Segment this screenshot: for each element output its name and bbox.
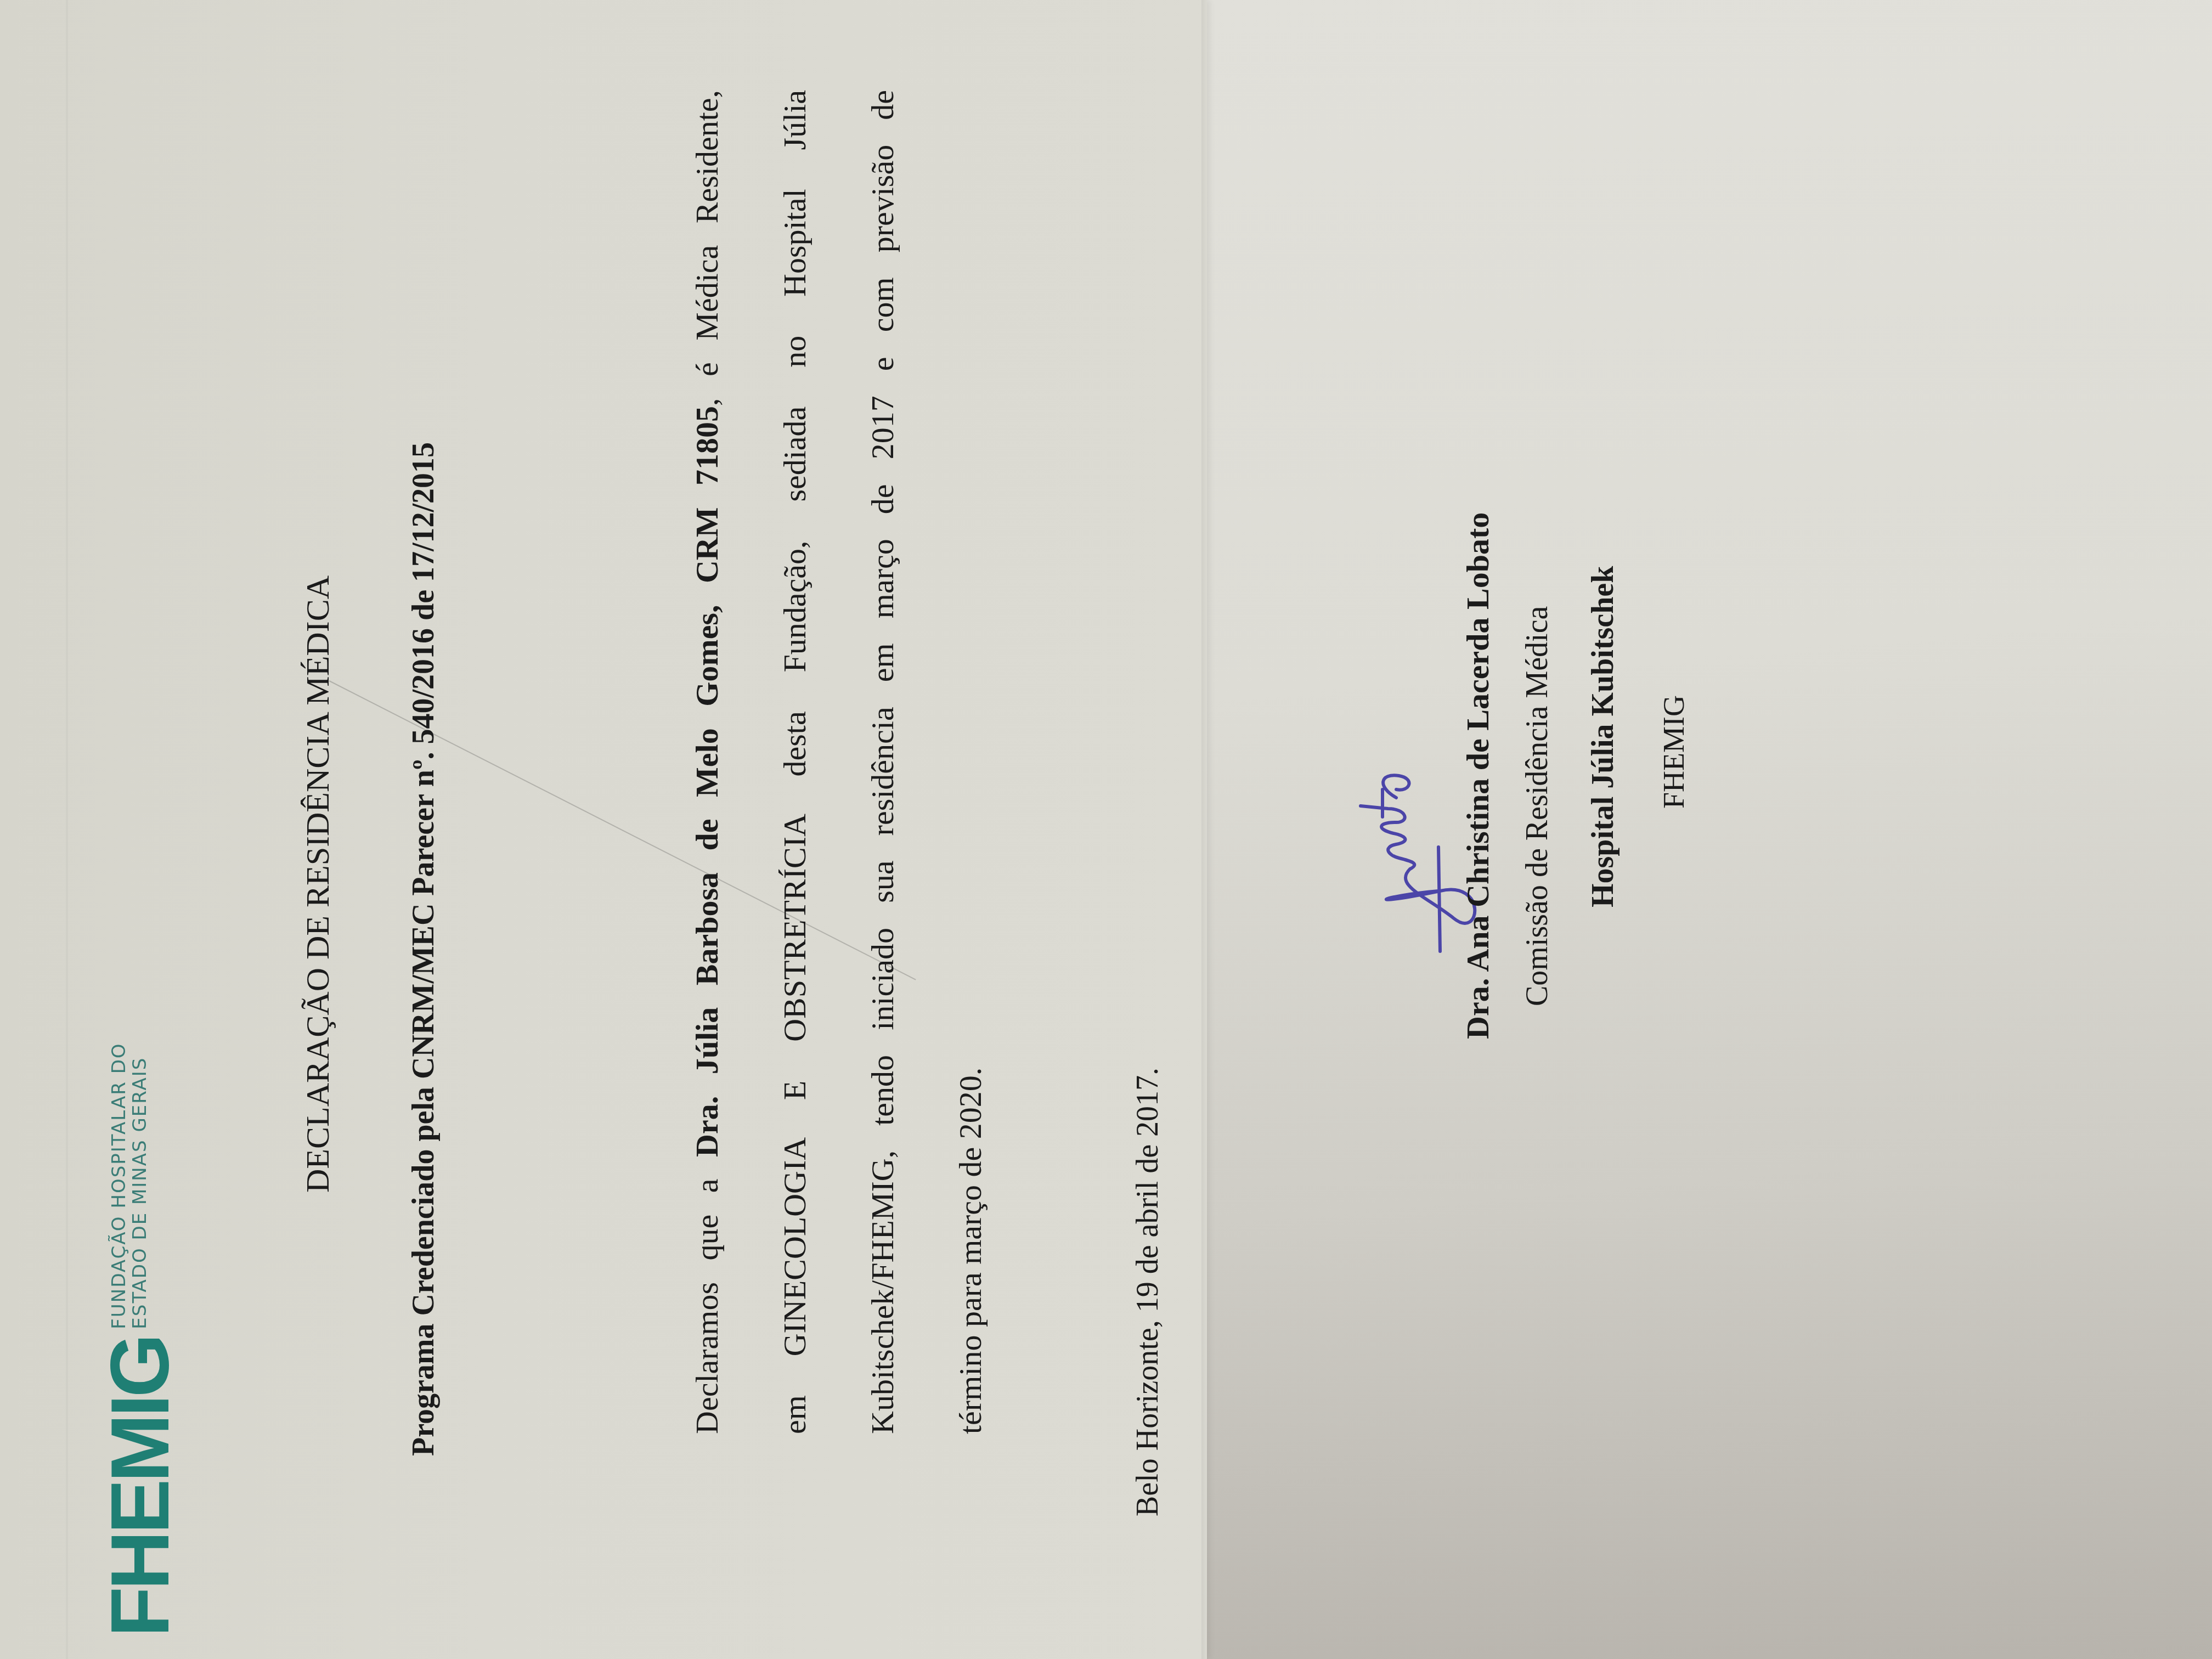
body-line-1: Declaramos que a Dra. Júlia Barbosa de M… xyxy=(689,90,725,1434)
body-line-3: Kubitschek/FHEMIG, tendo iniciado sua re… xyxy=(864,90,901,1434)
logo-subtitle: FUNDAÇÃO HOSPITALAR DO ESTADO DE MINAS G… xyxy=(109,1042,150,1329)
document-subtitle: Programa Credenciado pela CNRM/MEC Parec… xyxy=(406,442,441,1456)
place-date: Belo Horizonte, 19 de abril de 2017. xyxy=(1130,1068,1165,1516)
fhemig-logo: FHEMIG FUNDAÇÃO HOSPITALAR DO ESTADO DE … xyxy=(99,1042,181,1637)
signatory-name: Dra. Ana Christina de Lacerda Lobato xyxy=(1459,512,1496,1039)
signatory-organization: FHEMIG xyxy=(1657,695,1691,809)
photo-scene: FHEMIG FUNDAÇÃO HOSPITALAR DO ESTADO DE … xyxy=(0,0,2212,1659)
logo-subtitle-line-1: FUNDAÇÃO HOSPITALAR DO xyxy=(109,1042,129,1329)
body-line-4: término para março de 2020. xyxy=(952,90,989,1434)
body-line-2: em GINECOLOGIA E OBSTRETRÍCIA desta Fund… xyxy=(776,90,813,1434)
body-line-1-pre: Declaramos que a xyxy=(689,1157,725,1434)
signatory-hospital: Hospital Júlia Kubitschek xyxy=(1585,566,1621,907)
logo-mark: FHEMIG xyxy=(99,1337,181,1637)
letter-content: FHEMIG FUNDAÇÃO HOSPITALAR DO ESTADO DE … xyxy=(0,0,1207,1659)
body-line-1-post: , é Médica Residente, xyxy=(689,90,725,406)
logo-subtitle-line-2: ESTADO DE MINAS GERAIS xyxy=(129,1042,150,1329)
signatory-role: Comissão de Residência Médica xyxy=(1520,606,1555,1006)
signature-block: Dra. Ana Christina de Lacerda Lobato Com… xyxy=(1207,0,2212,1659)
document-title: DECLARAÇÃO DE RESIDÊNCIA MÉDICA xyxy=(299,575,337,1193)
resident-name-crm: Dra. Júlia Barbosa de Melo Gomes, CRM 71… xyxy=(689,406,725,1157)
